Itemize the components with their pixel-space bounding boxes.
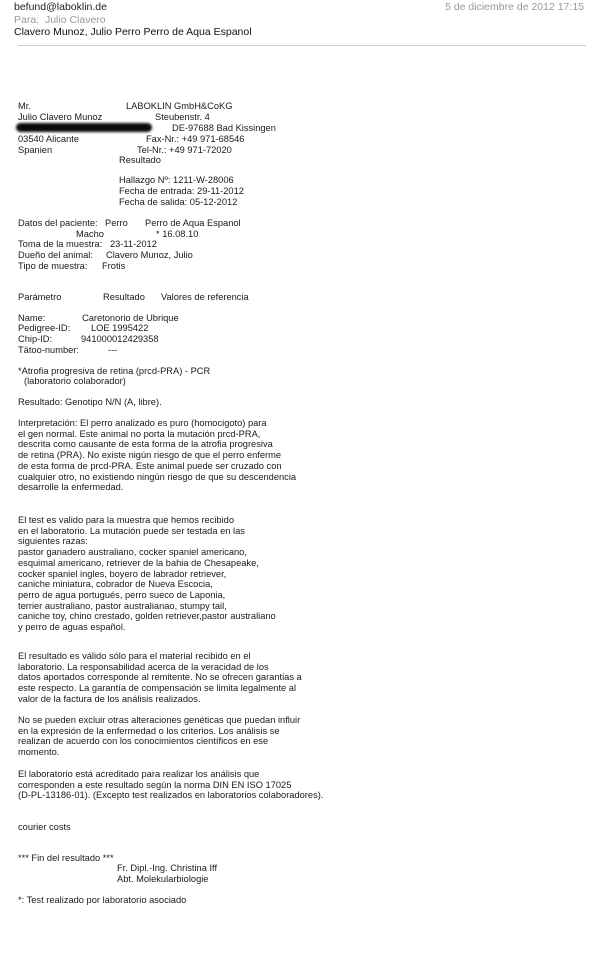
signer-department: Abt. Molekularbiologie: [117, 874, 208, 885]
pedigree-id: LOE 1995422: [91, 323, 148, 334]
exclusion-paragraph: No se pueden excluir otras alteraciones …: [18, 715, 300, 758]
col-parameter: Parámetro: [18, 292, 61, 303]
recipient-line: Para: Julio Clavero: [14, 14, 106, 26]
email-date: 5 de diciembre de 2012 17:15: [445, 1, 584, 13]
pedigree-label: Pedigree-ID:: [18, 323, 70, 334]
test-subtitle: (laboratorio colaborador): [24, 376, 126, 387]
patient-sex: Macho: [76, 229, 104, 240]
sample-date: 23-11-2012: [110, 239, 157, 250]
chip-id: 941000012429358: [81, 334, 159, 345]
email-subject: Clavero Munoz, Julio Perro Perro de Aqua…: [14, 26, 252, 38]
lab-fax: Fax-Nr.: +49 971-68546: [146, 134, 244, 145]
test-result: Resultado: Genotipo N/N (A, libre).: [18, 397, 162, 408]
owner-label: Dueño del animal:: [18, 250, 93, 261]
to-label: Para:: [14, 14, 39, 26]
lab-city: DE-97688 Bad Kissingen: [172, 123, 276, 134]
header-divider: [18, 45, 586, 46]
interpretation-paragraph: Interpretación: El perro analizado es pu…: [18, 418, 296, 493]
patient-breed: Perro de Aqua Espanol: [145, 218, 241, 229]
lab-tel: Tel-Nr.: +49 971-72020: [137, 145, 232, 156]
to-name[interactable]: Julio Clavero: [45, 14, 106, 26]
footnote: *: Test realizado por laboratorio asocia…: [18, 895, 186, 906]
sample-type: Frotis: [102, 261, 125, 272]
end-of-result: *** Fin del resultado ***: [18, 853, 114, 864]
patient-label: Datos del paciente:: [18, 218, 98, 229]
exit-date: Fecha de salida: 05-12-2012: [119, 197, 237, 208]
col-result: Resultado: [103, 292, 145, 303]
validity-paragraph: El resultado es válido sólo para el mate…: [18, 651, 302, 705]
recipient-name: Julio Clavero Munoz: [18, 112, 102, 123]
lab-name: LABOKLIN GmbH&CoKG: [126, 101, 232, 112]
chip-label: Chip-ID:: [18, 334, 52, 345]
redacted-address: [16, 123, 152, 132]
col-reference: Valores de referencia: [161, 292, 249, 303]
animal-name-label: Name:: [18, 313, 45, 324]
entry-date: Fecha de entrada: 29-11-2012: [119, 186, 244, 197]
animal-name: Caretonorio de Ubrique: [82, 313, 179, 324]
patient-birth: * 16.08.10: [156, 229, 198, 240]
courier-costs: courier costs: [18, 822, 71, 833]
recipient-city: 03540 Alicante: [18, 134, 79, 145]
tattoo-label: Tätoo-number:: [18, 345, 79, 356]
breeds-paragraph: El test es valido para la muestra que he…: [18, 515, 276, 633]
accreditation-paragraph: El laboratorio está acreditado para real…: [18, 769, 323, 801]
owner-name: Clavero Munoz, Julio: [106, 250, 193, 261]
recipient-country: Spanien: [18, 145, 52, 156]
sample-type-label: Tipo de muestra:: [18, 261, 87, 272]
test-title: *Atrofia progresiva de retina (prcd-PRA)…: [18, 366, 210, 377]
signer-name: Fr. Dipl.-Ing. Christina Iff: [117, 863, 217, 874]
patient-species: Perro: [105, 218, 128, 229]
document-type: Resultado: [119, 155, 161, 166]
sample-date-label: Toma de la muestra:: [18, 239, 102, 250]
hallazgo-number: Hallazgo Nº: 1211-W-28006: [119, 175, 234, 186]
sender-address[interactable]: befund@laboklin.de: [14, 1, 107, 13]
tattoo-number: ---: [108, 345, 117, 356]
lab-street: Steubenstr. 4: [155, 112, 210, 123]
salutation: Mr.: [18, 101, 31, 112]
